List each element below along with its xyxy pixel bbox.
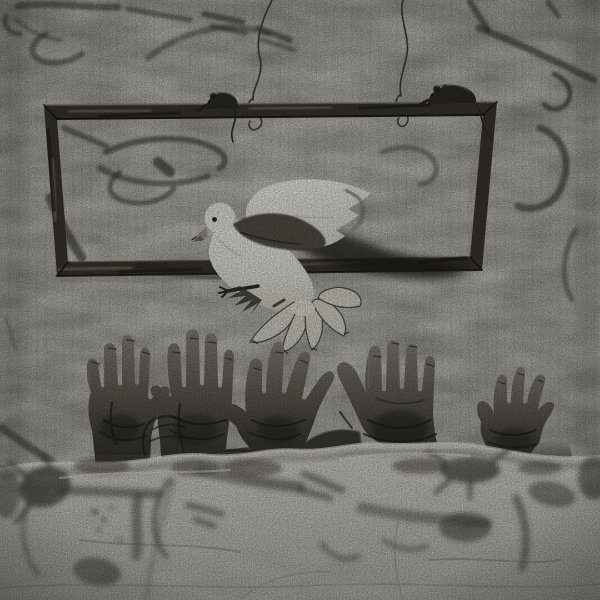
photo-canvas: Black-and-white photograph: a white dove… [0, 0, 600, 600]
vignette [0, 0, 600, 600]
photograph: Black-and-white photograph: a white dove… [0, 0, 600, 600]
